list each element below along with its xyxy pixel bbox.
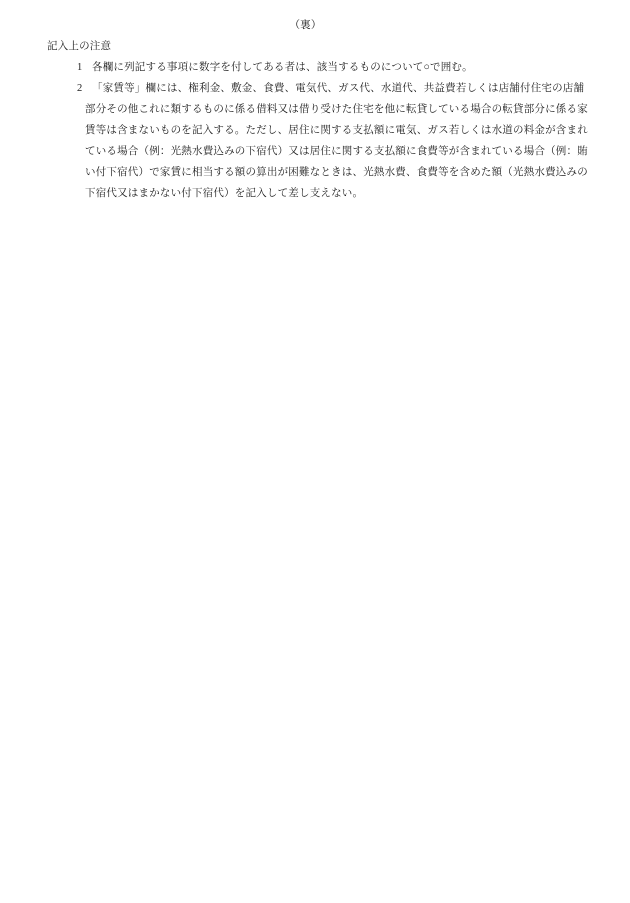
note-1-number: 1	[77, 57, 93, 78]
note-2-line-4: ている場合（例：光熱水費込みの下宿代）又は居住に関する支払額に食費等が含まれてい…	[85, 141, 590, 162]
note-2-line-3: 賃等は含まないものを記入する。ただし、居住に関する支払額に電気、ガス若しくは水道…	[85, 120, 590, 141]
note-item-1: 1 各欄に列記する事項に数字を付してある者は、該当するものについて○で囲む。	[47, 57, 590, 78]
document-page: （裏） 記入上の注意 1 各欄に列記する事項に数字を付してある者は、該当するもの…	[0, 0, 630, 903]
instructions-heading: 記入上の注意	[47, 36, 590, 57]
note-1-line-1: 各欄に列記する事項に数字を付してある者は、該当するものについて○で囲む。	[92, 57, 590, 78]
note-2-line-6: 下宿代又はまかない付下宿代）を記入して差し支えない。	[85, 183, 590, 204]
note-2-line-2: 部分その他これに類するものに係る借料又は借り受けた住宅を他に転貸している場合の転…	[85, 99, 590, 120]
note-2-line-1: 「家賃等」欄には、権利金、敷金、食費、電気代、ガス代、水道代、共益費若しくは店舗…	[92, 78, 590, 99]
note-item-2: 2 「家賃等」欄には、権利金、敷金、食費、電気代、ガス代、水道代、共益費若しくは…	[47, 78, 590, 204]
note-2-number: 2	[77, 78, 93, 99]
back-side-label: （裏）	[34, 15, 577, 36]
note-2-line-5: い付下宿代）で家賃に相当する額の算出が困難なときは、光熱水費、食費等を含めた額（…	[85, 162, 590, 183]
